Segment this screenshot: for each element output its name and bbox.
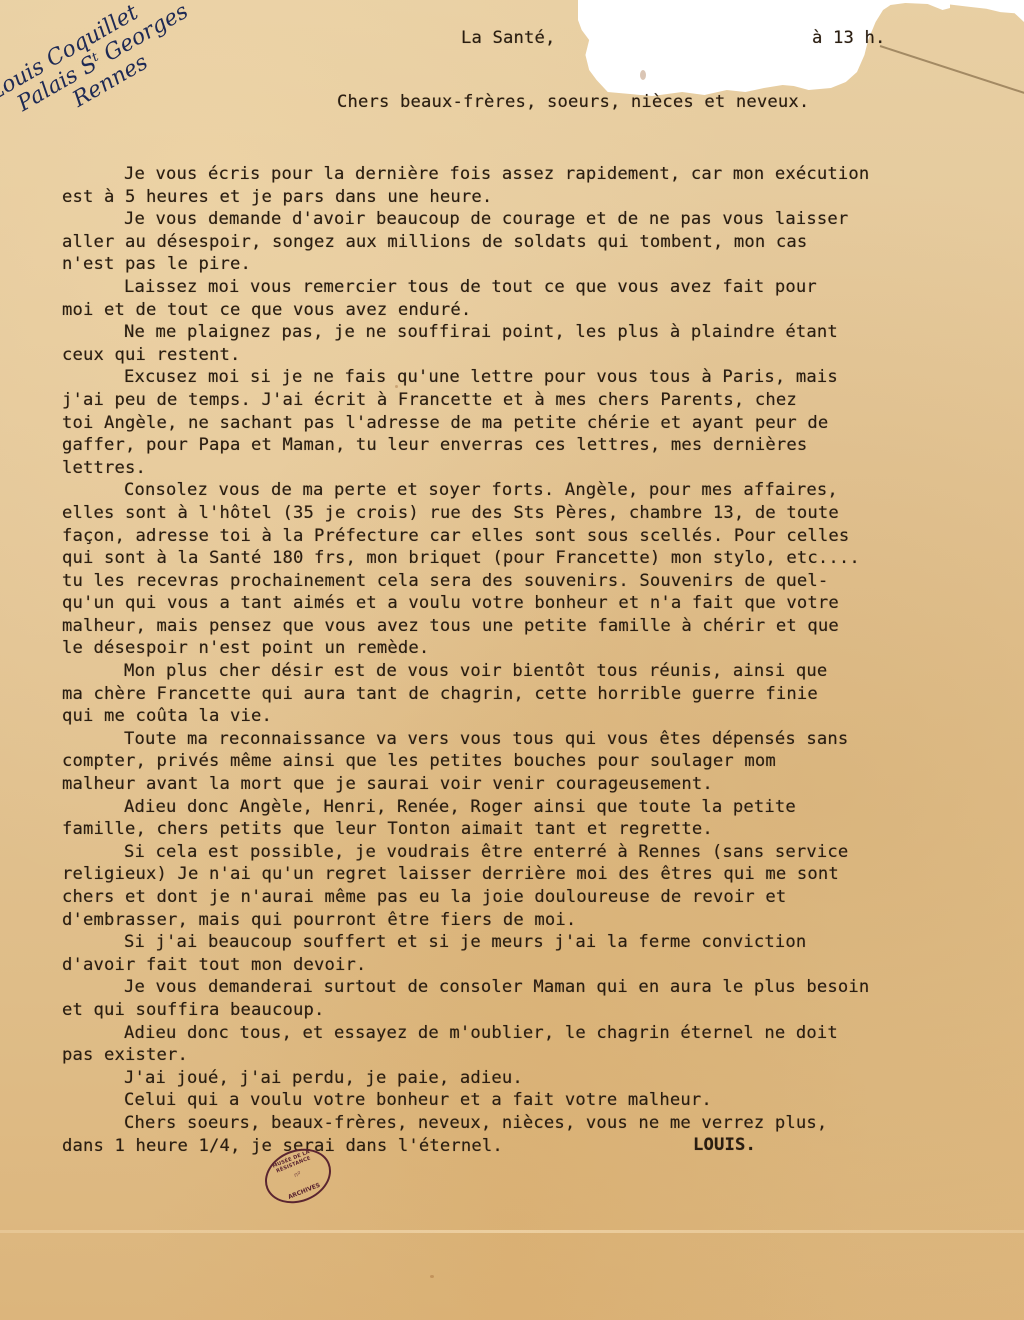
stain-spot [640, 70, 646, 80]
letter-line: qui me coûta la vie. [62, 705, 1022, 728]
letter-line: Adieu donc Angèle, Henri, Renée, Roger a… [62, 796, 1022, 819]
letter-line: Laissez moi vous remercier tous de tout … [62, 276, 1022, 299]
signature: LOUIS. [693, 1135, 756, 1155]
letter-line: aller au désespoir, songez aux millions … [62, 231, 1022, 254]
letter-line: Adieu donc tous, et essayez de m'oublier… [62, 1022, 1022, 1045]
letter-line: J'ai joué, j'ai perdu, je paie, adieu. [62, 1067, 1022, 1090]
letter-line: chers et dont je n'aurai même pas eu la … [62, 886, 1022, 909]
header-place: La Santé, [461, 28, 555, 48]
letter-line: dans 1 heure 1/4, je serai dans l'éterne… [62, 1135, 1022, 1158]
letter-line: j'ai peu de temps. J'ai écrit à Francett… [62, 389, 1022, 412]
letter-line: façon, adresse toi à la Préfecture car e… [62, 525, 1022, 548]
letter-line: Ne me plaignez pas, je ne souffirai poin… [62, 321, 1022, 344]
letter-line: tu les recevras prochainement cela sera … [62, 570, 1022, 593]
letter-line: n'est pas le pire. [62, 253, 1022, 276]
letter-line: gaffer, pour Papa et Maman, tu leur enve… [62, 434, 1022, 457]
letter-line: Si j'ai beaucoup souffert et si je meurs… [62, 931, 1022, 954]
letter-body: Je vous écris pour la dernière fois asse… [62, 163, 1022, 1157]
letter-line: est à 5 heures et je pars dans une heure… [62, 186, 1022, 209]
letter-line: pas exister. [62, 1044, 1022, 1067]
letter-line: Mon plus cher désir est de vous voir bie… [62, 660, 1022, 683]
letter-line: moi et de tout ce que vous avez enduré. [62, 299, 1022, 322]
header-time: à 13 h. [812, 28, 885, 48]
letter-line: Toute ma reconnaissance va vers vous tou… [62, 728, 1022, 751]
letter-line: Je vous écris pour la dernière fois asse… [62, 163, 1022, 186]
paper-crease [880, 45, 1024, 99]
letter-line: Celui qui a voulu votre bonheur et a fai… [62, 1089, 1022, 1112]
letter-line: Je vous demande d'avoir beaucoup de cour… [62, 208, 1022, 231]
stain-spot [430, 1275, 434, 1278]
letter-line: Excusez moi si je ne fais qu'une lettre … [62, 366, 1022, 389]
letter-line: Chers soeurs, beaux-frères, neveux, nièc… [62, 1112, 1022, 1135]
letter-line: lettres. [62, 457, 1022, 480]
letter-line: Je vous demanderai surtout de consoler M… [62, 976, 1022, 999]
letter-line: d'avoir fait tout mon devoir. [62, 954, 1022, 977]
letter-line: le désespoir n'est point un remède. [62, 637, 1022, 660]
letter-line: compter, privés même ainsi que les petit… [62, 750, 1022, 773]
letter-line: ma chère Francette qui aura tant de chag… [62, 683, 1022, 706]
letter-line: qui sont à la Santé 180 frs, mon briquet… [62, 547, 1022, 570]
letter-paper: Louis Coquillet Palais Sᵗ Georges Rennes… [0, 0, 1024, 1320]
letter-line: Si cela est possible, je voudrais être e… [62, 841, 1022, 864]
letter-line: d'embrasser, mais qui pourront être fier… [62, 909, 1022, 932]
letter-line: et qui souffira beaucoup. [62, 999, 1022, 1022]
letter-line: malheur, mais pensez que vous avez tous … [62, 615, 1022, 638]
letter-line: religieux) Je n'ai qu'un regret laisser … [62, 863, 1022, 886]
salutation: Chers beaux-frères, soeurs, nièces et ne… [337, 92, 809, 112]
torn-corner [930, 0, 1024, 22]
letter-line: ceux qui restent. [62, 344, 1022, 367]
letter-line: malheur avant la mort que je saurai voir… [62, 773, 1022, 796]
letter-line: qu'un qui vous a tant aimés et a voulu v… [62, 592, 1022, 615]
letter-line: Consolez vous de ma perte et soyer forts… [62, 479, 1022, 502]
letter-line: elles sont à l'hôtel (35 je crois) rue d… [62, 502, 1022, 525]
paper-fold [0, 1230, 1024, 1233]
letter-line: famille, chers petits que leur Tonton ai… [62, 818, 1022, 841]
letter-line: toi Angèle, ne sachant pas l'adresse de … [62, 412, 1022, 435]
